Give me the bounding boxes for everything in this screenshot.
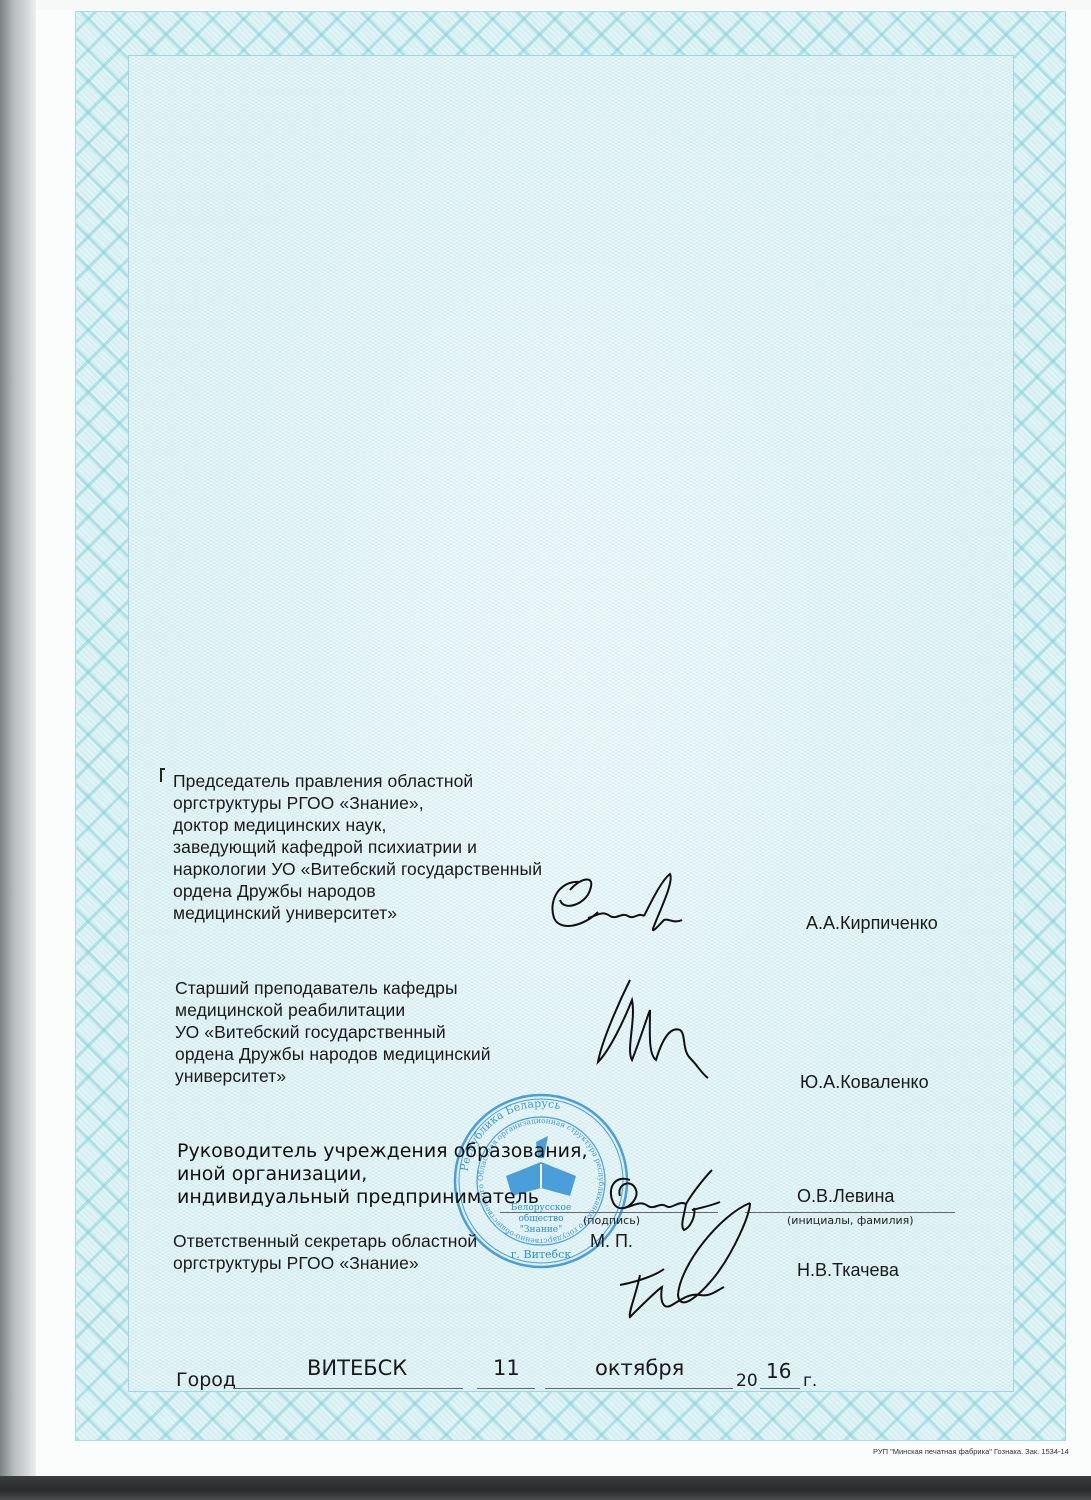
corner-mark: [160, 768, 162, 782]
signatory-4-name: Н.В.Ткачева: [797, 1260, 899, 1281]
city-label: Город: [176, 1369, 236, 1391]
position-line: Старший преподаватель кафедры: [175, 977, 491, 999]
position-line: ордена Дружбы народов: [173, 880, 542, 902]
year-suffix: 16: [766, 1359, 791, 1383]
position-line: медицинский университет»: [173, 902, 542, 924]
signatory-3-position: Руководитель учреждения образования, ино…: [177, 1140, 588, 1209]
scanner-edge-left: [0, 0, 36, 1500]
day-line: [477, 1388, 535, 1389]
signatory-2-name: Ю.А.Коваленко: [800, 1072, 929, 1093]
position-line: Председатель правления областной: [173, 770, 542, 792]
signature-4: [600, 1195, 790, 1325]
position-line: УО «Витебский государственный: [175, 1021, 491, 1043]
stamp-city: г. Витебск: [511, 1248, 572, 1261]
stamp-center-2: общество: [518, 1213, 563, 1224]
month-line: [545, 1388, 733, 1389]
printer-imprint: РУП "Минская печатная фабрика" Гознака. …: [873, 1447, 1069, 1456]
position-line: иной организации,: [177, 1163, 588, 1186]
city-line: [233, 1388, 463, 1389]
signature-1: [540, 860, 700, 940]
month-value: октября: [595, 1356, 684, 1380]
signatory-1-name: А.А.Кирпиченко: [806, 913, 938, 934]
year-unit: г.: [803, 1371, 817, 1391]
signatory-2-position: Старший преподаватель кафедры медицинско…: [175, 977, 491, 1087]
position-line: университет»: [175, 1065, 491, 1087]
signature-2: [590, 970, 720, 1080]
position-line: заведующий кафедрой психиатрии и: [173, 836, 542, 858]
position-line: Руководитель учреждения образования,: [177, 1140, 588, 1163]
signatory-4-position: Ответственный секретарь областной оргстр…: [173, 1230, 477, 1274]
signatory-3-name: О.В.Левина: [797, 1186, 894, 1207]
position-line: Ответственный секретарь областной: [173, 1230, 477, 1252]
position-line: ордена Дружбы народов медицинский: [175, 1043, 491, 1065]
stamp-center-3: "Знание": [520, 1225, 563, 1235]
position-line: доктор медицинских наук,: [173, 814, 542, 836]
year-line: [760, 1388, 800, 1389]
city-value: ВИТЕБСК: [307, 1356, 407, 1380]
position-line: медицинской реабилитации: [175, 999, 491, 1021]
scanner-edge-bottom: [0, 1476, 1091, 1500]
name-caption: (инициалы, фамилия): [787, 1214, 914, 1227]
position-line: оргструктуры РГОО «Знание»: [173, 1252, 477, 1274]
year-prefix: 20: [736, 1371, 758, 1391]
day-value: 11: [493, 1356, 520, 1380]
signatory-1-position: Председатель правления областной оргстру…: [173, 770, 542, 924]
position-line: индивидуальный предприниматель: [177, 1186, 588, 1209]
position-line: оргструктуры РГОО «Знание»,: [173, 792, 542, 814]
position-line: наркологии УО «Витебский государственный: [173, 858, 542, 880]
